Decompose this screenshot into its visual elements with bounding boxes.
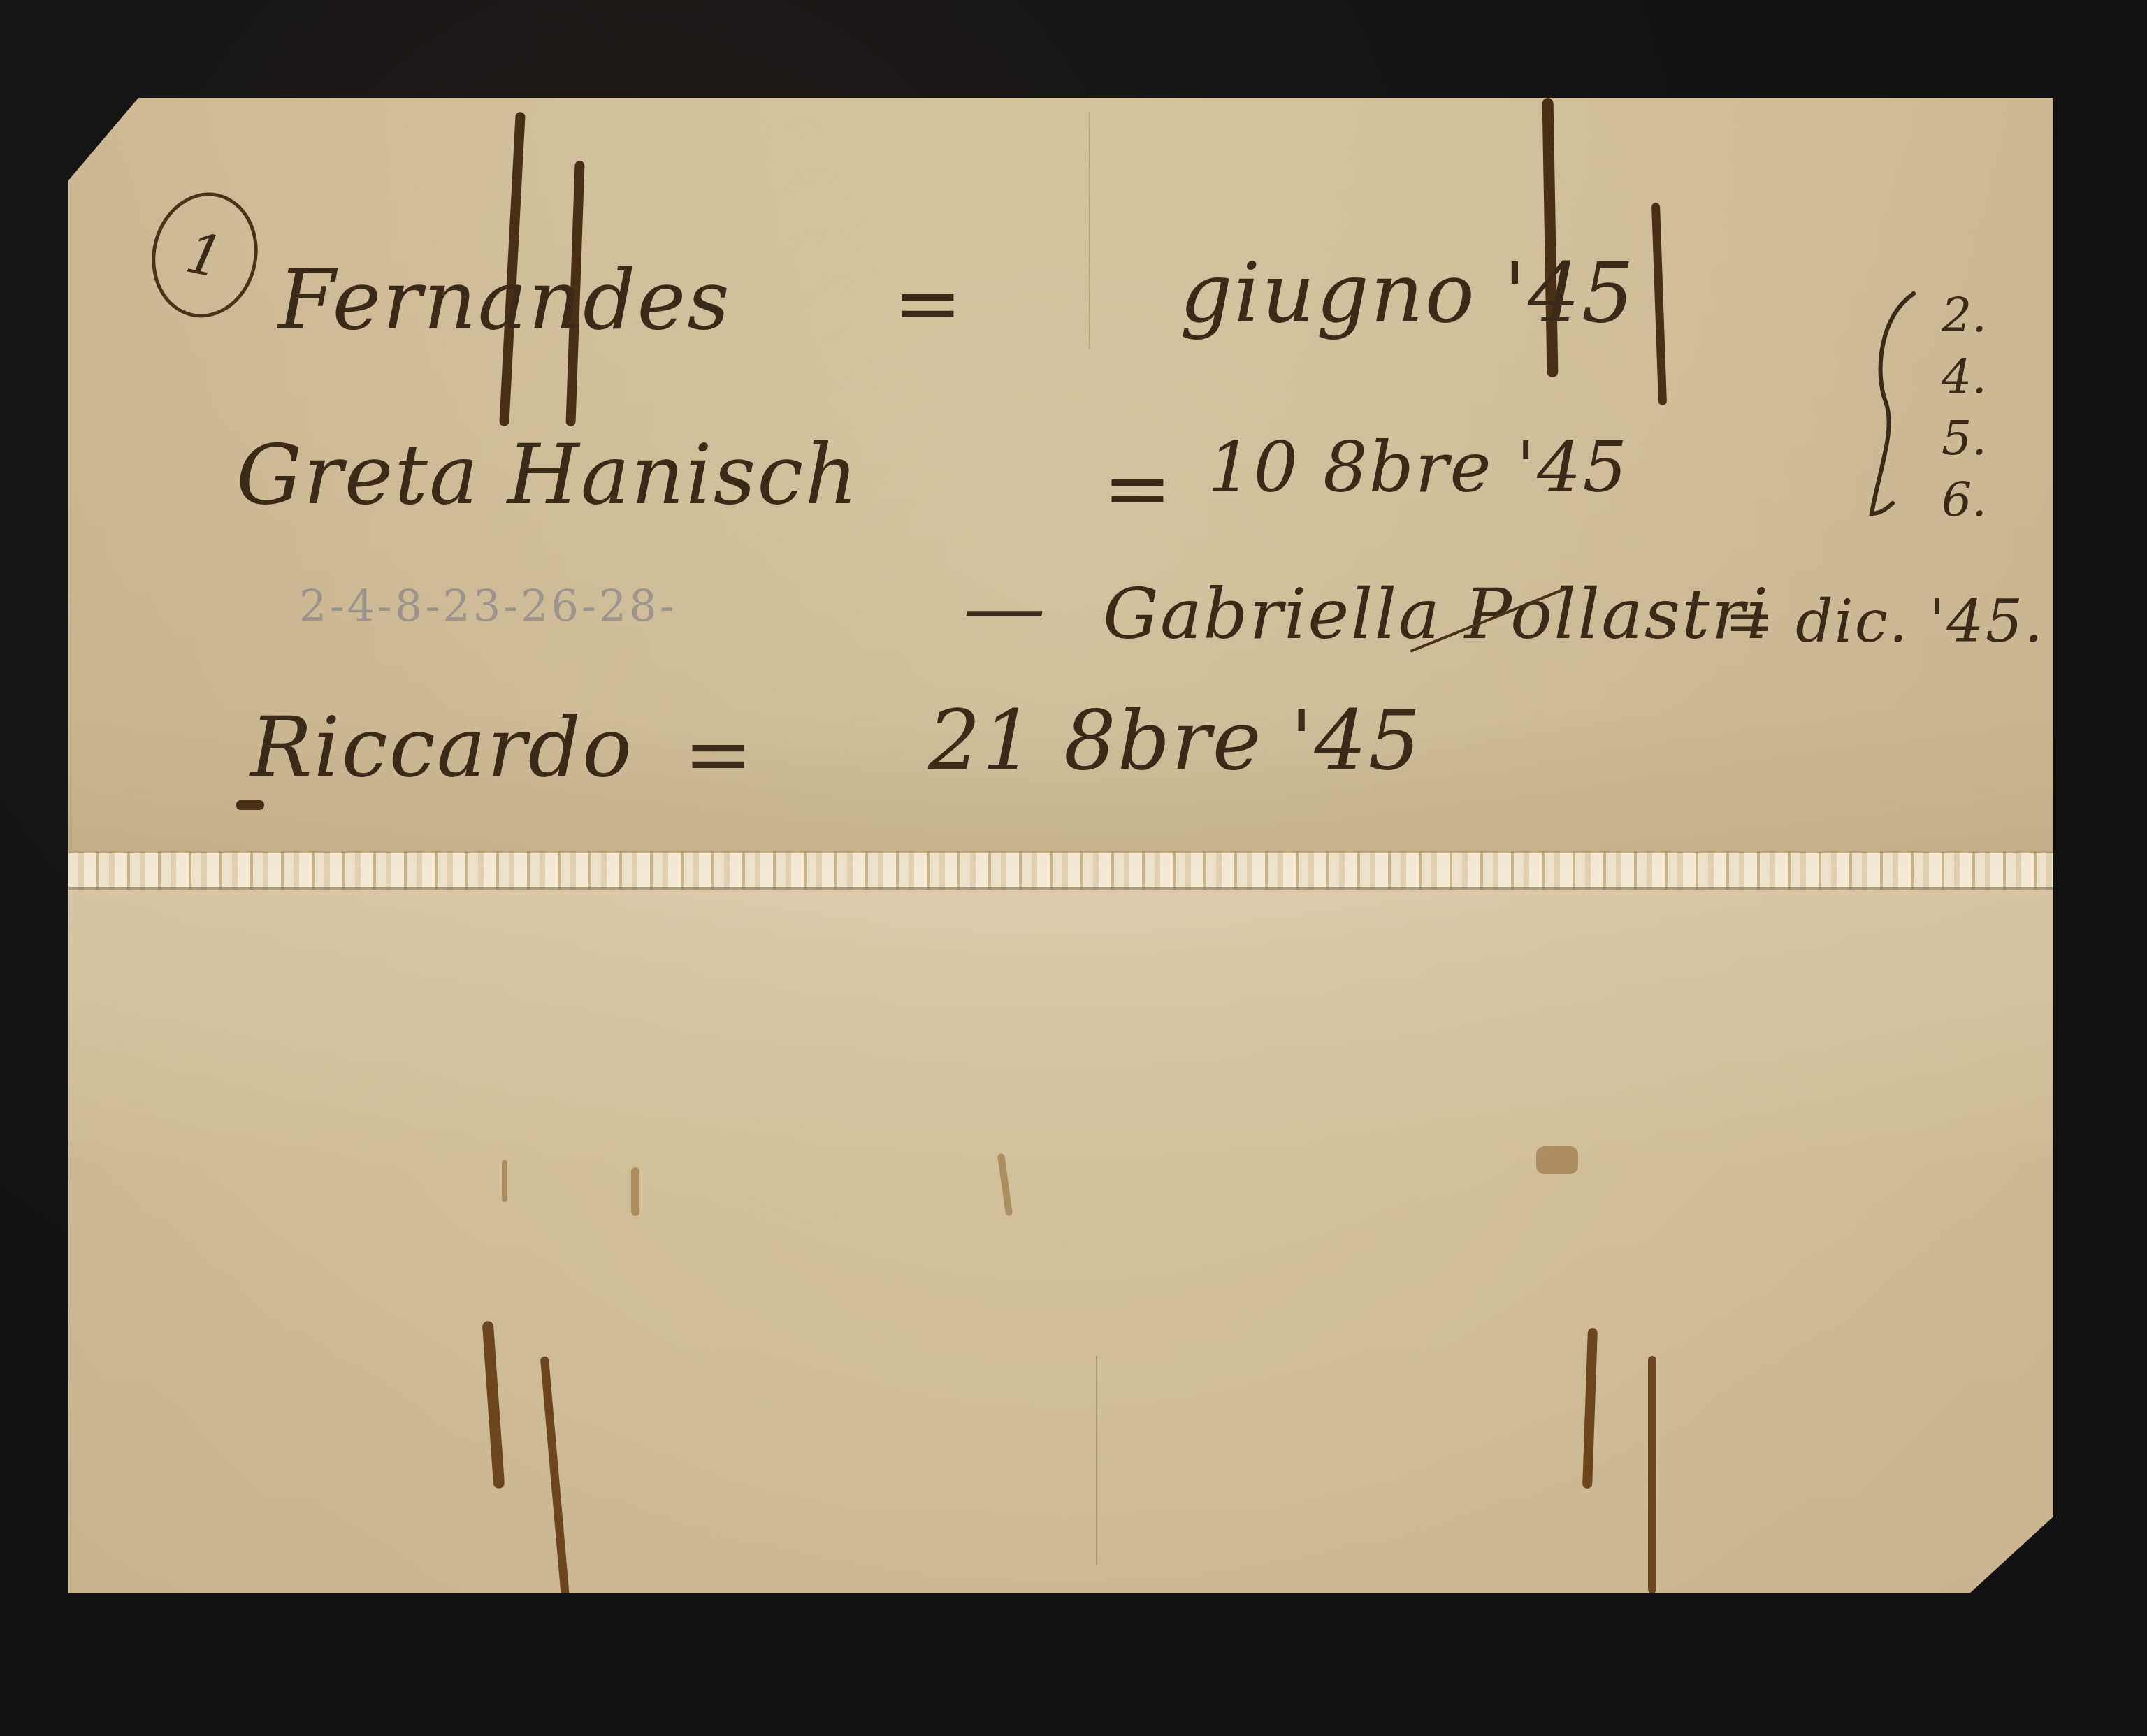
- entry-2-name: Greta Hanisch: [236, 426, 859, 523]
- entry-4-name: Riccardo: [250, 699, 633, 795]
- entry-2-date: 10 8bre '45: [1208, 426, 1628, 508]
- curly-brace: [1865, 290, 1921, 521]
- entry-2-separator: =: [1103, 440, 1173, 537]
- ink-mark: [236, 800, 264, 810]
- faint-rule: [1096, 1356, 1097, 1565]
- bracket-list: 2. 4. 5. 6.: [1942, 287, 1987, 530]
- entry-4-separator: =: [684, 706, 754, 802]
- entry-1-separator: =: [893, 255, 964, 352]
- bracket-list-item: 5.: [1942, 410, 1987, 468]
- ink-stain: [502, 1160, 507, 1202]
- entry-4-date: 21 8bre '45: [928, 692, 1422, 788]
- ink-stain: [1648, 1356, 1656, 1593]
- note-card: 1 Fernandes = giugno '45 2. 4. 5. 6. Gre…: [68, 98, 2053, 1593]
- ink-stain: [1536, 1146, 1578, 1174]
- bracket-list-item: 4.: [1942, 348, 1987, 407]
- item-number: 1: [180, 219, 229, 291]
- lower-half-shading: [68, 881, 2053, 1593]
- ink-stain: [631, 1167, 639, 1216]
- bracket-list-item: 2.: [1942, 287, 1987, 345]
- faint-rule: [1089, 112, 1090, 349]
- paper-fold: [68, 851, 2053, 890]
- entry-1-date: giugno '45: [1180, 245, 1635, 341]
- entry-1-name: Fernandes: [278, 252, 731, 348]
- entry-3-name: Gabriella Pollastri: [1103, 573, 1770, 655]
- entry-3-separator: —: [963, 559, 1047, 656]
- entry-3-date: = dic. '45.: [1725, 587, 2044, 656]
- bracket-list-item: 6.: [1942, 471, 1987, 530]
- pencil-note: 2-4-8-23-26-28-: [299, 580, 677, 631]
- scanned-document: 1 Fernandes = giugno '45 2. 4. 5. 6. Gre…: [0, 0, 2147, 1736]
